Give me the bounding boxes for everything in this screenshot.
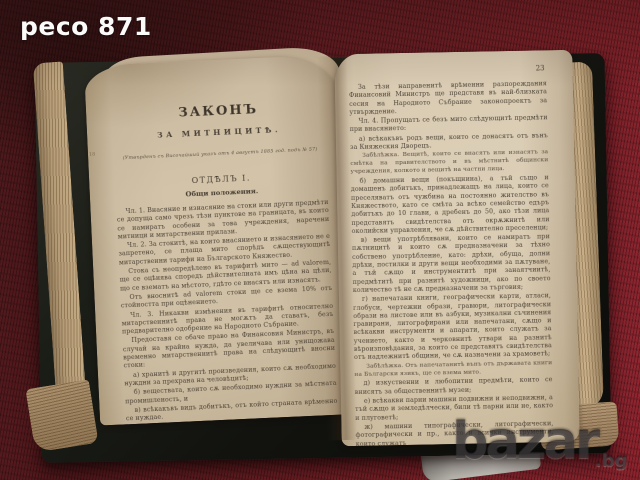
- body-note: Забѣлѣжка. Вещитѣ, които се внасятъ или …: [350, 150, 548, 178]
- left-page-body: Чл. 1. Внасяние и изнасяние на стоки или…: [116, 199, 338, 424]
- body-paragraph: За тѣзи направенитѣ врѣменни разпореждан…: [349, 80, 548, 117]
- page-edges-bottom-left: [25, 379, 98, 452]
- bazar-logo-text: bazar: [452, 414, 597, 470]
- right-page-body: За тѣзи направенитѣ врѣменни разпореждан…: [349, 80, 554, 446]
- body-paragraph: в) вещи употрѣблявани, които се намиратъ…: [352, 233, 551, 295]
- body-paragraph: б) домашни вещи (покъщнина), а тъй също …: [351, 174, 550, 236]
- page-number: 23: [536, 64, 545, 72]
- page-edge-mark: 18: [89, 151, 96, 157]
- book-page-right: 23 За тѣзи направенитѣ врѣменни разпореж…: [334, 50, 579, 446]
- decree-note: (Утвърденъ съ Височайший указъ отъ 4 авг…: [114, 147, 326, 162]
- listing-ref-overlay: ресо 871: [20, 12, 152, 41]
- law-title: ЗАКОНЪ: [112, 99, 324, 124]
- bazar-logo: bazar .bg: [452, 414, 640, 480]
- bazar-logo-tld: .bg: [595, 450, 628, 471]
- photo: 18 ЗАКОНЪ ЗА МИТНИЦИТѢ. (Утвърденъ съ Ви…: [0, 0, 640, 480]
- book-page-left: 18 ЗАКОНЪ ЗА МИТНИЦИТѢ. (Утвърденъ съ Ви…: [84, 54, 352, 425]
- law-subtitle: ЗА МИТНИЦИТѢ.: [113, 123, 325, 142]
- body-paragraph: г) напечатани книги, географически карти…: [353, 292, 552, 362]
